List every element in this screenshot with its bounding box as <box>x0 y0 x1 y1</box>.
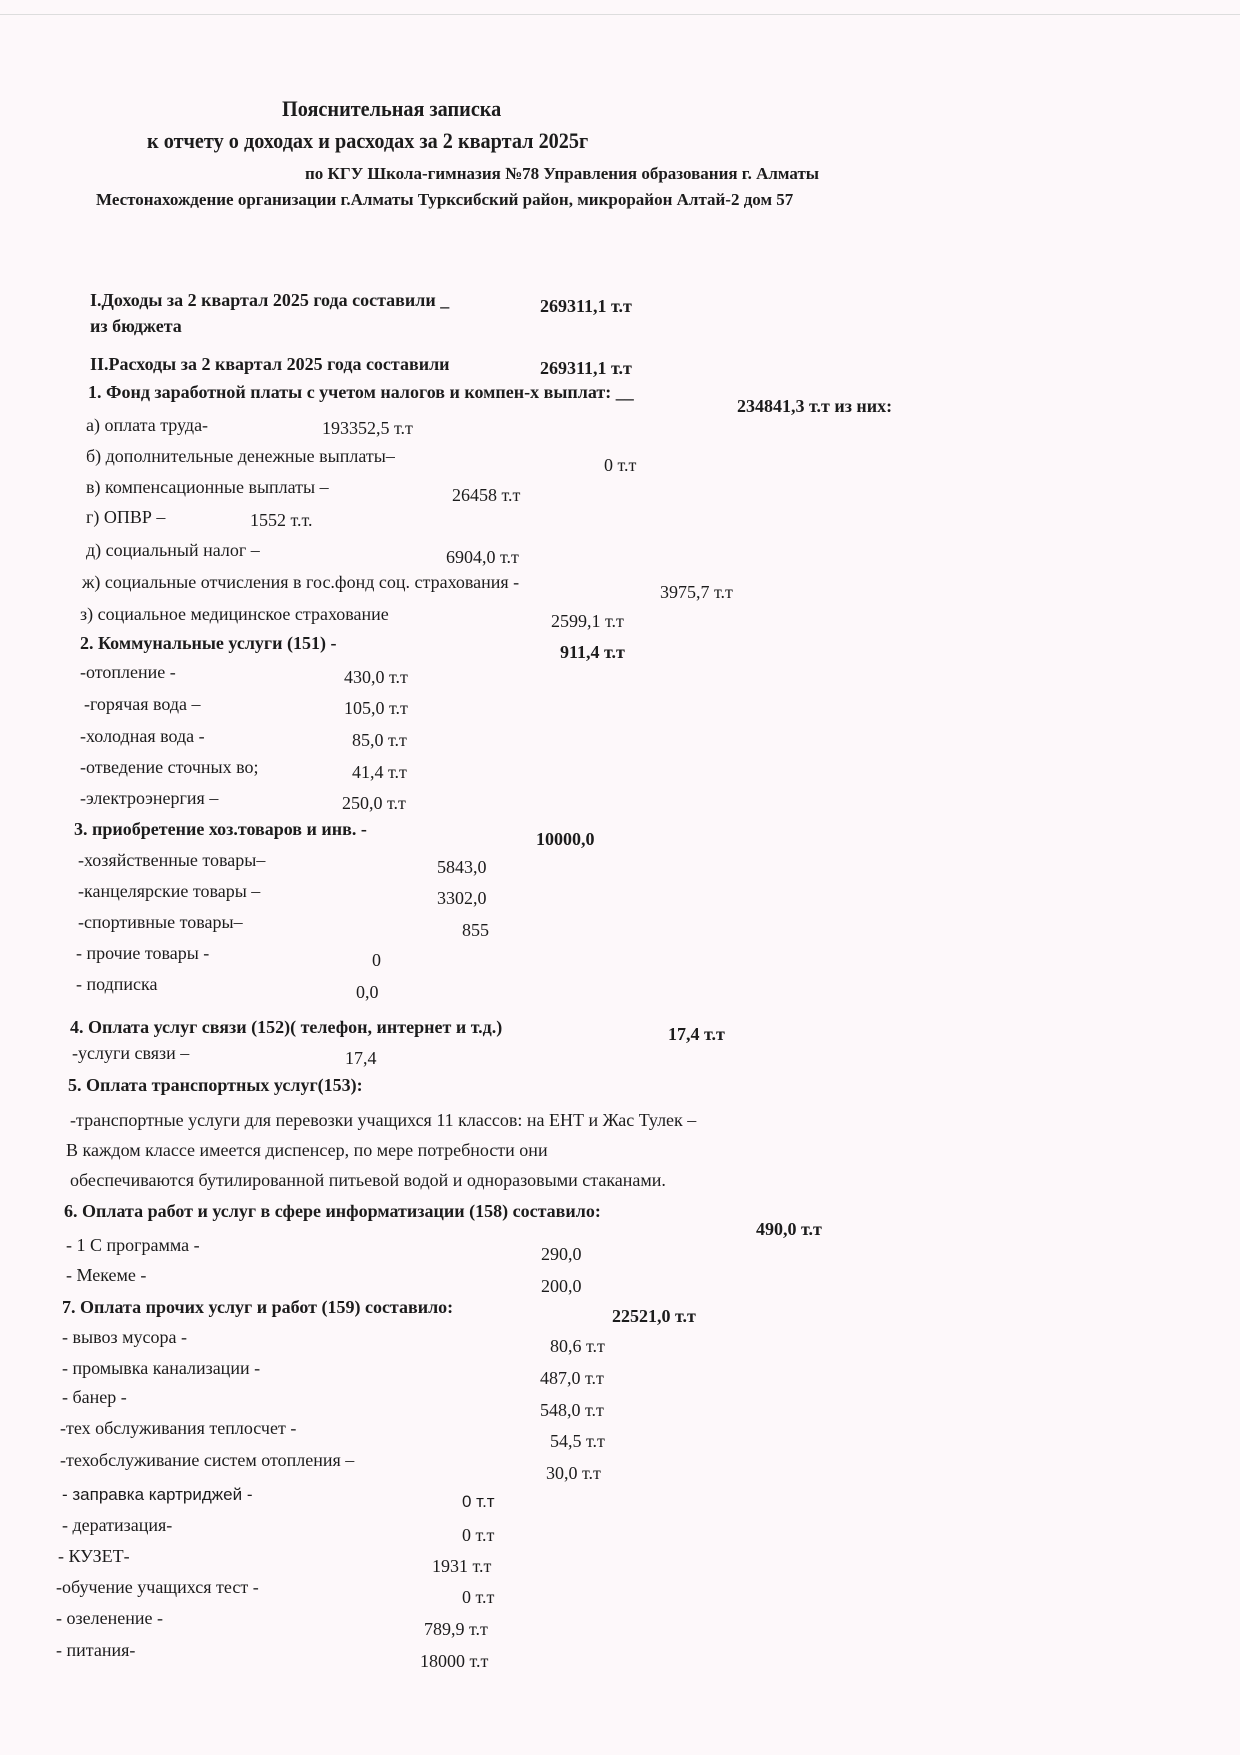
section-6-total: 490,0 т.т <box>756 1219 822 1240</box>
income-value: 269311,1 т.т <box>540 296 632 317</box>
line-item-value: 5843,0 <box>437 857 487 878</box>
line-item-label: - Мекеме - <box>66 1265 146 1286</box>
section-7-title: 7. Оплата прочих услуг и работ (159) сос… <box>62 1297 453 1318</box>
line-item-value: 855 <box>462 920 489 941</box>
section-5-text-line: В каждом классе имеется диспенсер, по ме… <box>66 1140 548 1161</box>
line-item-label: -хозяйственные товары– <box>78 850 265 871</box>
line-item-value: 3302,0 <box>437 888 487 909</box>
line-item-label: - дератизация- <box>62 1515 172 1536</box>
line-item-value: 290,0 <box>541 1244 582 1265</box>
line-item-value: 26458 т.т <box>452 485 520 506</box>
line-item-value: 193352,5 т.т <box>322 418 413 439</box>
line-item-label: а) оплата труда- <box>86 415 208 436</box>
line-item-label: - заправка картриджей - <box>62 1485 252 1505</box>
line-item-value: 2599,1 т.т <box>551 611 624 632</box>
line-item-label: -электроэнергия – <box>80 788 218 809</box>
line-item-value: 1931 т.т <box>432 1556 491 1577</box>
line-item-label: -отведение сточных во; <box>80 757 258 778</box>
line-item-value: 41,4 т.т <box>352 762 407 783</box>
line-item-label: - 1 С программа - <box>66 1235 200 1256</box>
section-2-title: 2. Коммунальные услуги (151) - <box>80 633 336 654</box>
line-item-value: 105,0 т.т <box>344 698 408 719</box>
section-2-total: 911,4 т.т <box>560 642 625 663</box>
line-item-label: - КУЗЕТ- <box>58 1546 130 1567</box>
line-item-label: -услуги связи – <box>72 1043 189 1064</box>
line-item-label: б) дополнительные денежные выплаты– <box>86 446 395 467</box>
line-item-label: -горячая вода – <box>84 694 201 715</box>
line-item-label: з) социальное медицинское страхование <box>80 604 389 625</box>
document-subtitle: к отчету о доходах и расходах за 2 кварт… <box>147 128 588 154</box>
line-item-label: д) социальный налог – <box>86 540 260 561</box>
line-item-label: -спортивные товары– <box>78 912 243 933</box>
section-3-title: 3. приобретение хоз.товаров и инв. - <box>74 819 367 840</box>
line-item-value: 85,0 т.т <box>352 730 407 751</box>
document-title: Пояснительная записка <box>282 96 501 122</box>
section-1-total: 234841,3 т.т из них: <box>737 396 892 417</box>
line-item-value: 487,0 т.т <box>540 1368 604 1389</box>
expenses-value: 269311,1 т.т <box>540 358 632 379</box>
line-item-value: 548,0 т.т <box>540 1400 604 1421</box>
line-item-value: 17,4 <box>345 1048 377 1069</box>
section-5-text-line: -транспортные услуги для перевозки учащи… <box>70 1110 696 1131</box>
line-item-value: 0 т.т <box>604 455 636 476</box>
section-5-title: 5. Оплата транспортных услуг(153): <box>68 1075 363 1096</box>
income-label: I.Доходы за 2 квартал 2025 года составил… <box>90 290 449 311</box>
line-item-value: 0 <box>372 950 381 971</box>
section-6-title: 6. Оплата работ и услуг в сфере информат… <box>64 1201 601 1222</box>
line-item-label: - банер - <box>62 1387 127 1408</box>
line-item-label: - промывка канализации - <box>62 1358 260 1379</box>
address-line: Местонахождение организации г.Алматы Тур… <box>96 190 793 210</box>
line-item-value: 80,6 т.т <box>550 1336 605 1357</box>
line-item-label: - подписка <box>76 974 157 995</box>
line-item-value: 789,9 т.т <box>424 1619 488 1640</box>
line-item-label: -тех обслуживания теплосчет - <box>60 1418 296 1439</box>
scan-edge-line <box>0 14 1240 15</box>
section-1-title: 1. Фонд заработной платы с учетом налого… <box>88 382 634 403</box>
line-item-value: 3975,7 т.т <box>660 582 733 603</box>
line-item-value: 430,0 т.т <box>344 667 408 688</box>
organization-line: по КГУ Школа-гимназия №78 Управления обр… <box>305 164 819 184</box>
section-5-text-line: обеспечиваются бутилированной питьевой в… <box>70 1170 666 1191</box>
line-item-value: 0 т.т <box>462 1492 495 1512</box>
line-item-value: 54,5 т.т <box>550 1431 605 1452</box>
line-item-value: 1552 т.т. <box>250 510 313 531</box>
section-4-title: 4. Оплата услуг связи (152)( телефон, ин… <box>70 1017 502 1038</box>
line-item-value: 0 т.т <box>462 1587 494 1608</box>
section-3-total: 10000,0 <box>536 829 595 850</box>
line-item-label: в) компенсационные выплаты – <box>86 477 329 498</box>
line-item-label: -канцелярские товары – <box>78 881 260 902</box>
line-item-label: -обучение учащихся тест - <box>56 1577 259 1598</box>
income-source: из бюджета <box>90 316 182 337</box>
line-item-value: 0 т.т <box>462 1525 494 1546</box>
line-item-label: - вывоз мусора - <box>62 1327 187 1348</box>
line-item-value: 30,0 т.т <box>546 1463 601 1484</box>
line-item-value: 18000 т.т <box>420 1651 488 1672</box>
line-item-value: 250,0 т.т <box>342 793 406 814</box>
line-item-value: 0,0 <box>356 982 379 1003</box>
line-item-label: - прочие товары - <box>76 943 209 964</box>
line-item-label: - питания- <box>56 1640 135 1661</box>
line-item-label: -холодная вода - <box>80 726 205 747</box>
line-item-label: -отопление - <box>80 662 176 683</box>
section-4-total: 17,4 т.т <box>668 1024 725 1045</box>
line-item-value: 6904,0 т.т <box>446 547 519 568</box>
line-item-label: ж) социальные отчисления в гос.фонд соц.… <box>82 572 519 593</box>
line-item-label: -техобслуживание систем отопления – <box>60 1450 354 1471</box>
section-7-total: 22521,0 т.т <box>612 1306 696 1327</box>
expenses-label: II.Расходы за 2 квартал 2025 года состав… <box>90 354 450 375</box>
line-item-value: 200,0 <box>541 1276 582 1297</box>
line-item-label: - озеленение - <box>56 1608 163 1629</box>
line-item-label: г) ОПВР – <box>86 507 165 528</box>
